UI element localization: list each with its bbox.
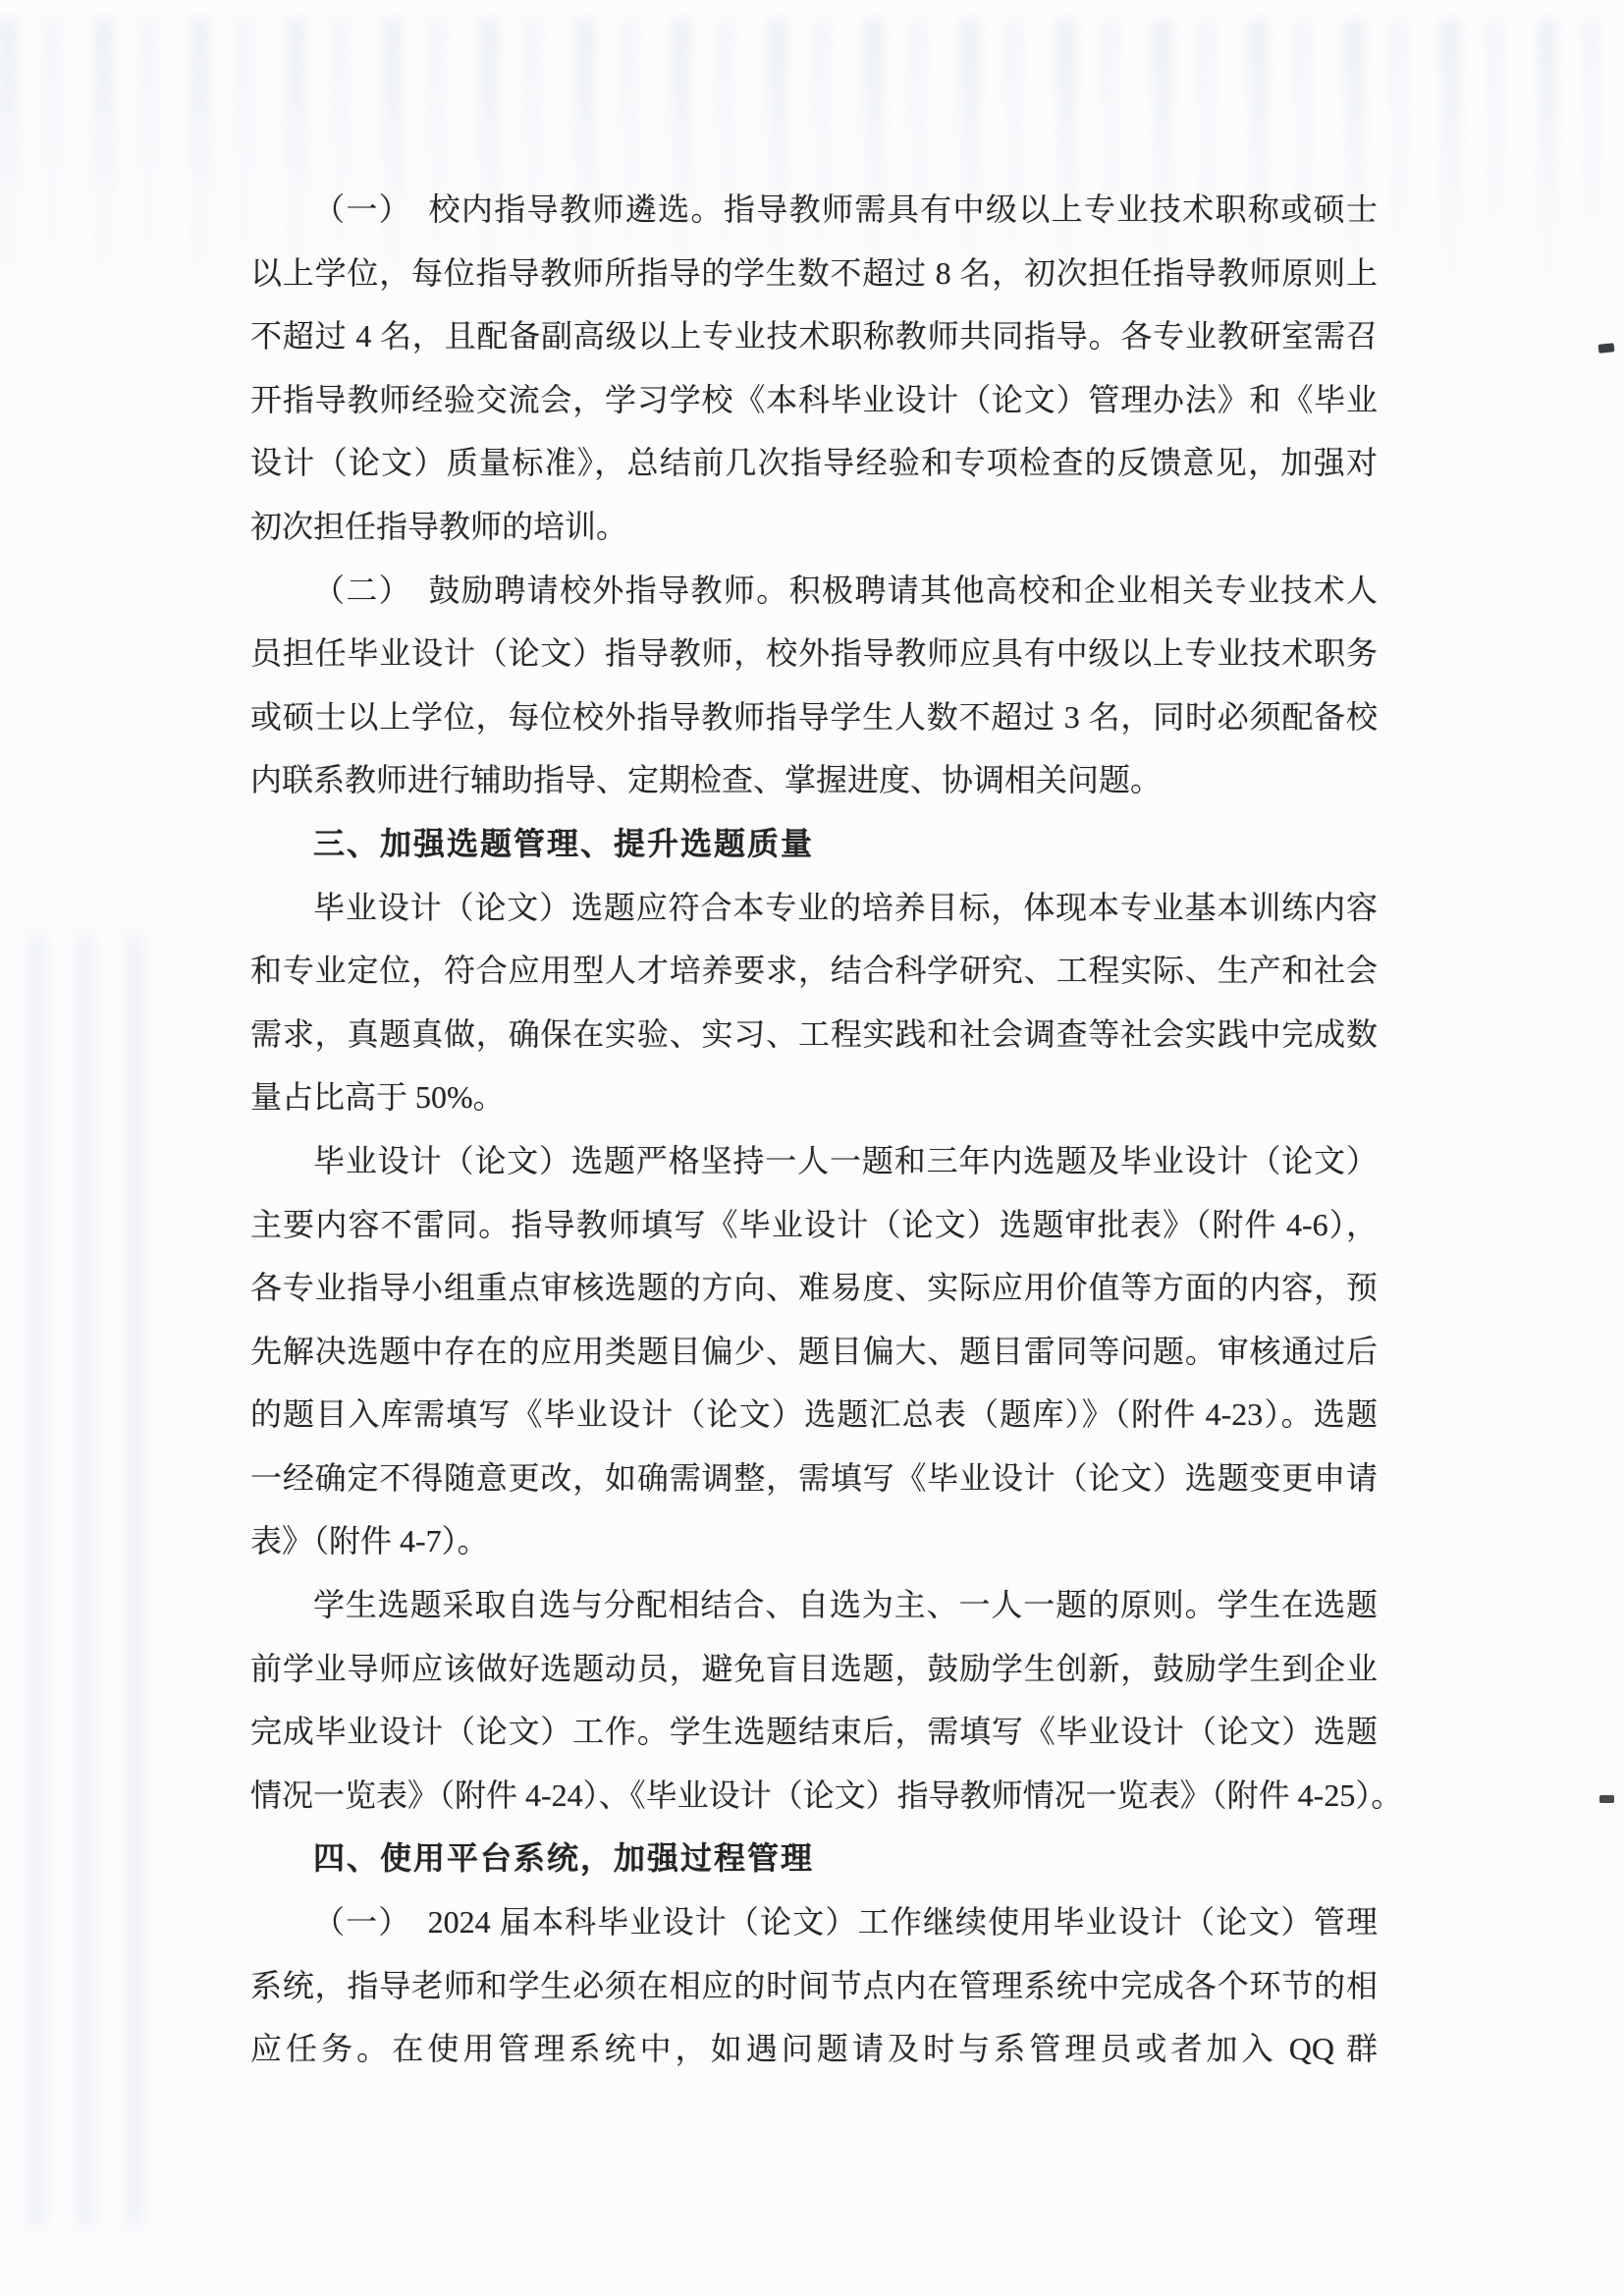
document-text-block: （一） 校内指导教师遴选。指导教师需具有中级以上专业技术职称或硕士 以上学位，每… [250, 178, 1378, 2081]
text-line: 员担任毕业设计（论文）指导教师，校外指导教师应具有中级以上专业技术职务 [250, 622, 1378, 685]
text-line: （一） 校内指导教师遴选。指导教师需具有中级以上专业技术职称或硕士 [250, 178, 1378, 242]
text-line: 一经确定不得随意更改，如确需调整，需填写《毕业设计（论文）选题变更申请 [250, 1447, 1378, 1510]
text-line: 系统，指导老师和学生必须在相应的时间节点内在管理系统中完成各个环节的相 [250, 1954, 1378, 2018]
ink-smudge-mark [1599, 1795, 1614, 1803]
text-line: 量占比高于 50%。 [250, 1066, 1378, 1129]
text-line: （二） 鼓励聘请校外指导教师。积极聘请其他高校和企业相关专业技术人 [250, 559, 1378, 623]
text-line: 或硕士以上学位，每位校外指导教师指导学生人数不超过 3 名，同时必须配备校 [250, 685, 1378, 749]
text-line: 完成毕业设计（论文）工作。学生选题结束后，需填写《毕业设计（论文）选题 [250, 1700, 1378, 1764]
text-line: 表》（附件 4-7）。 [250, 1509, 1378, 1573]
text-line: 主要内容不雷同。指导教师填写《毕业设计（论文）选题审批表》（附件 4-6）， [250, 1193, 1378, 1257]
section-heading: 四、使用平台系统，加强过程管理 [250, 1827, 1378, 1890]
text-line: 以上学位，每位指导教师所指导的学生数不超过 8 名，初次担任指导教师原则上 [250, 242, 1378, 305]
text-line: 不超过 4 名，且配备副高级以上专业技术职称教师共同指导。各专业教研室需召 [250, 304, 1378, 368]
text-line: 情况一览表》（附件 4-24）、《毕业设计（论文）指导教师情况一览表》（附件 4… [250, 1764, 1378, 1828]
text-line: 初次担任指导教师的培训。 [250, 495, 1378, 559]
text-line: 先解决选题中存在的应用类题目偏少、题目偏大、题目雷同等问题。审核通过后 [250, 1320, 1378, 1384]
text-line: 各专业指导小组重点审核选题的方向、难易度、实际应用价值等方面的内容，预 [250, 1256, 1378, 1320]
text-line: 设计（论文）质量标准》，总结前几次指导经验和专项检查的反馈意见，加强对 [250, 431, 1378, 495]
text-line: 前学业导师应该做好选题动员，避免盲目选题，鼓励学生创新，鼓励学生到企业 [250, 1637, 1378, 1701]
section-heading: 三、加强选题管理、提升选题质量 [250, 812, 1378, 876]
text-line: 开指导教师经验交流会，学习学校《本科毕业设计（论文）管理办法》和《毕业 [250, 368, 1378, 432]
text-line: 内联系教师进行辅助指导、定期检查、掌握进度、协调相关问题。 [250, 748, 1378, 812]
text-line: 学生选题采取自选与分配相结合、自选为主、一人一题的原则。学生在选题 [250, 1573, 1378, 1637]
scanned-document-page: { "doc": { "headings": { "section3": "三、… [0, 0, 1624, 2296]
text-line: （一） 2024 届本科毕业设计（论文）工作继续使用毕业设计（论文）管理 [250, 1890, 1378, 1954]
scan-streaks-left [27, 933, 165, 2229]
text-line: 应任务。在使用管理系统中，如遇问题请及时与系管理员或者加入 QQ 群 [250, 2017, 1378, 2081]
text-line: 毕业设计（论文）选题严格坚持一人一题和三年内选题及毕业设计（论文） [250, 1129, 1378, 1193]
text-line: 的题目入库需填写《毕业设计（论文）选题汇总表（题库）》（附件 4-23）。选题 [250, 1383, 1378, 1447]
ink-smudge-mark [1598, 343, 1615, 354]
text-line: 和专业定位，符合应用型人才培养要求，结合科学研究、工程实际、生产和社会 [250, 939, 1378, 1003]
text-line: 需求，真题真做，确保在实验、实习、工程实践和社会调查等社会实践中完成数 [250, 1003, 1378, 1066]
text-line: 毕业设计（论文）选题应符合本专业的培养目标，体现本专业基本训练内容 [250, 876, 1378, 940]
